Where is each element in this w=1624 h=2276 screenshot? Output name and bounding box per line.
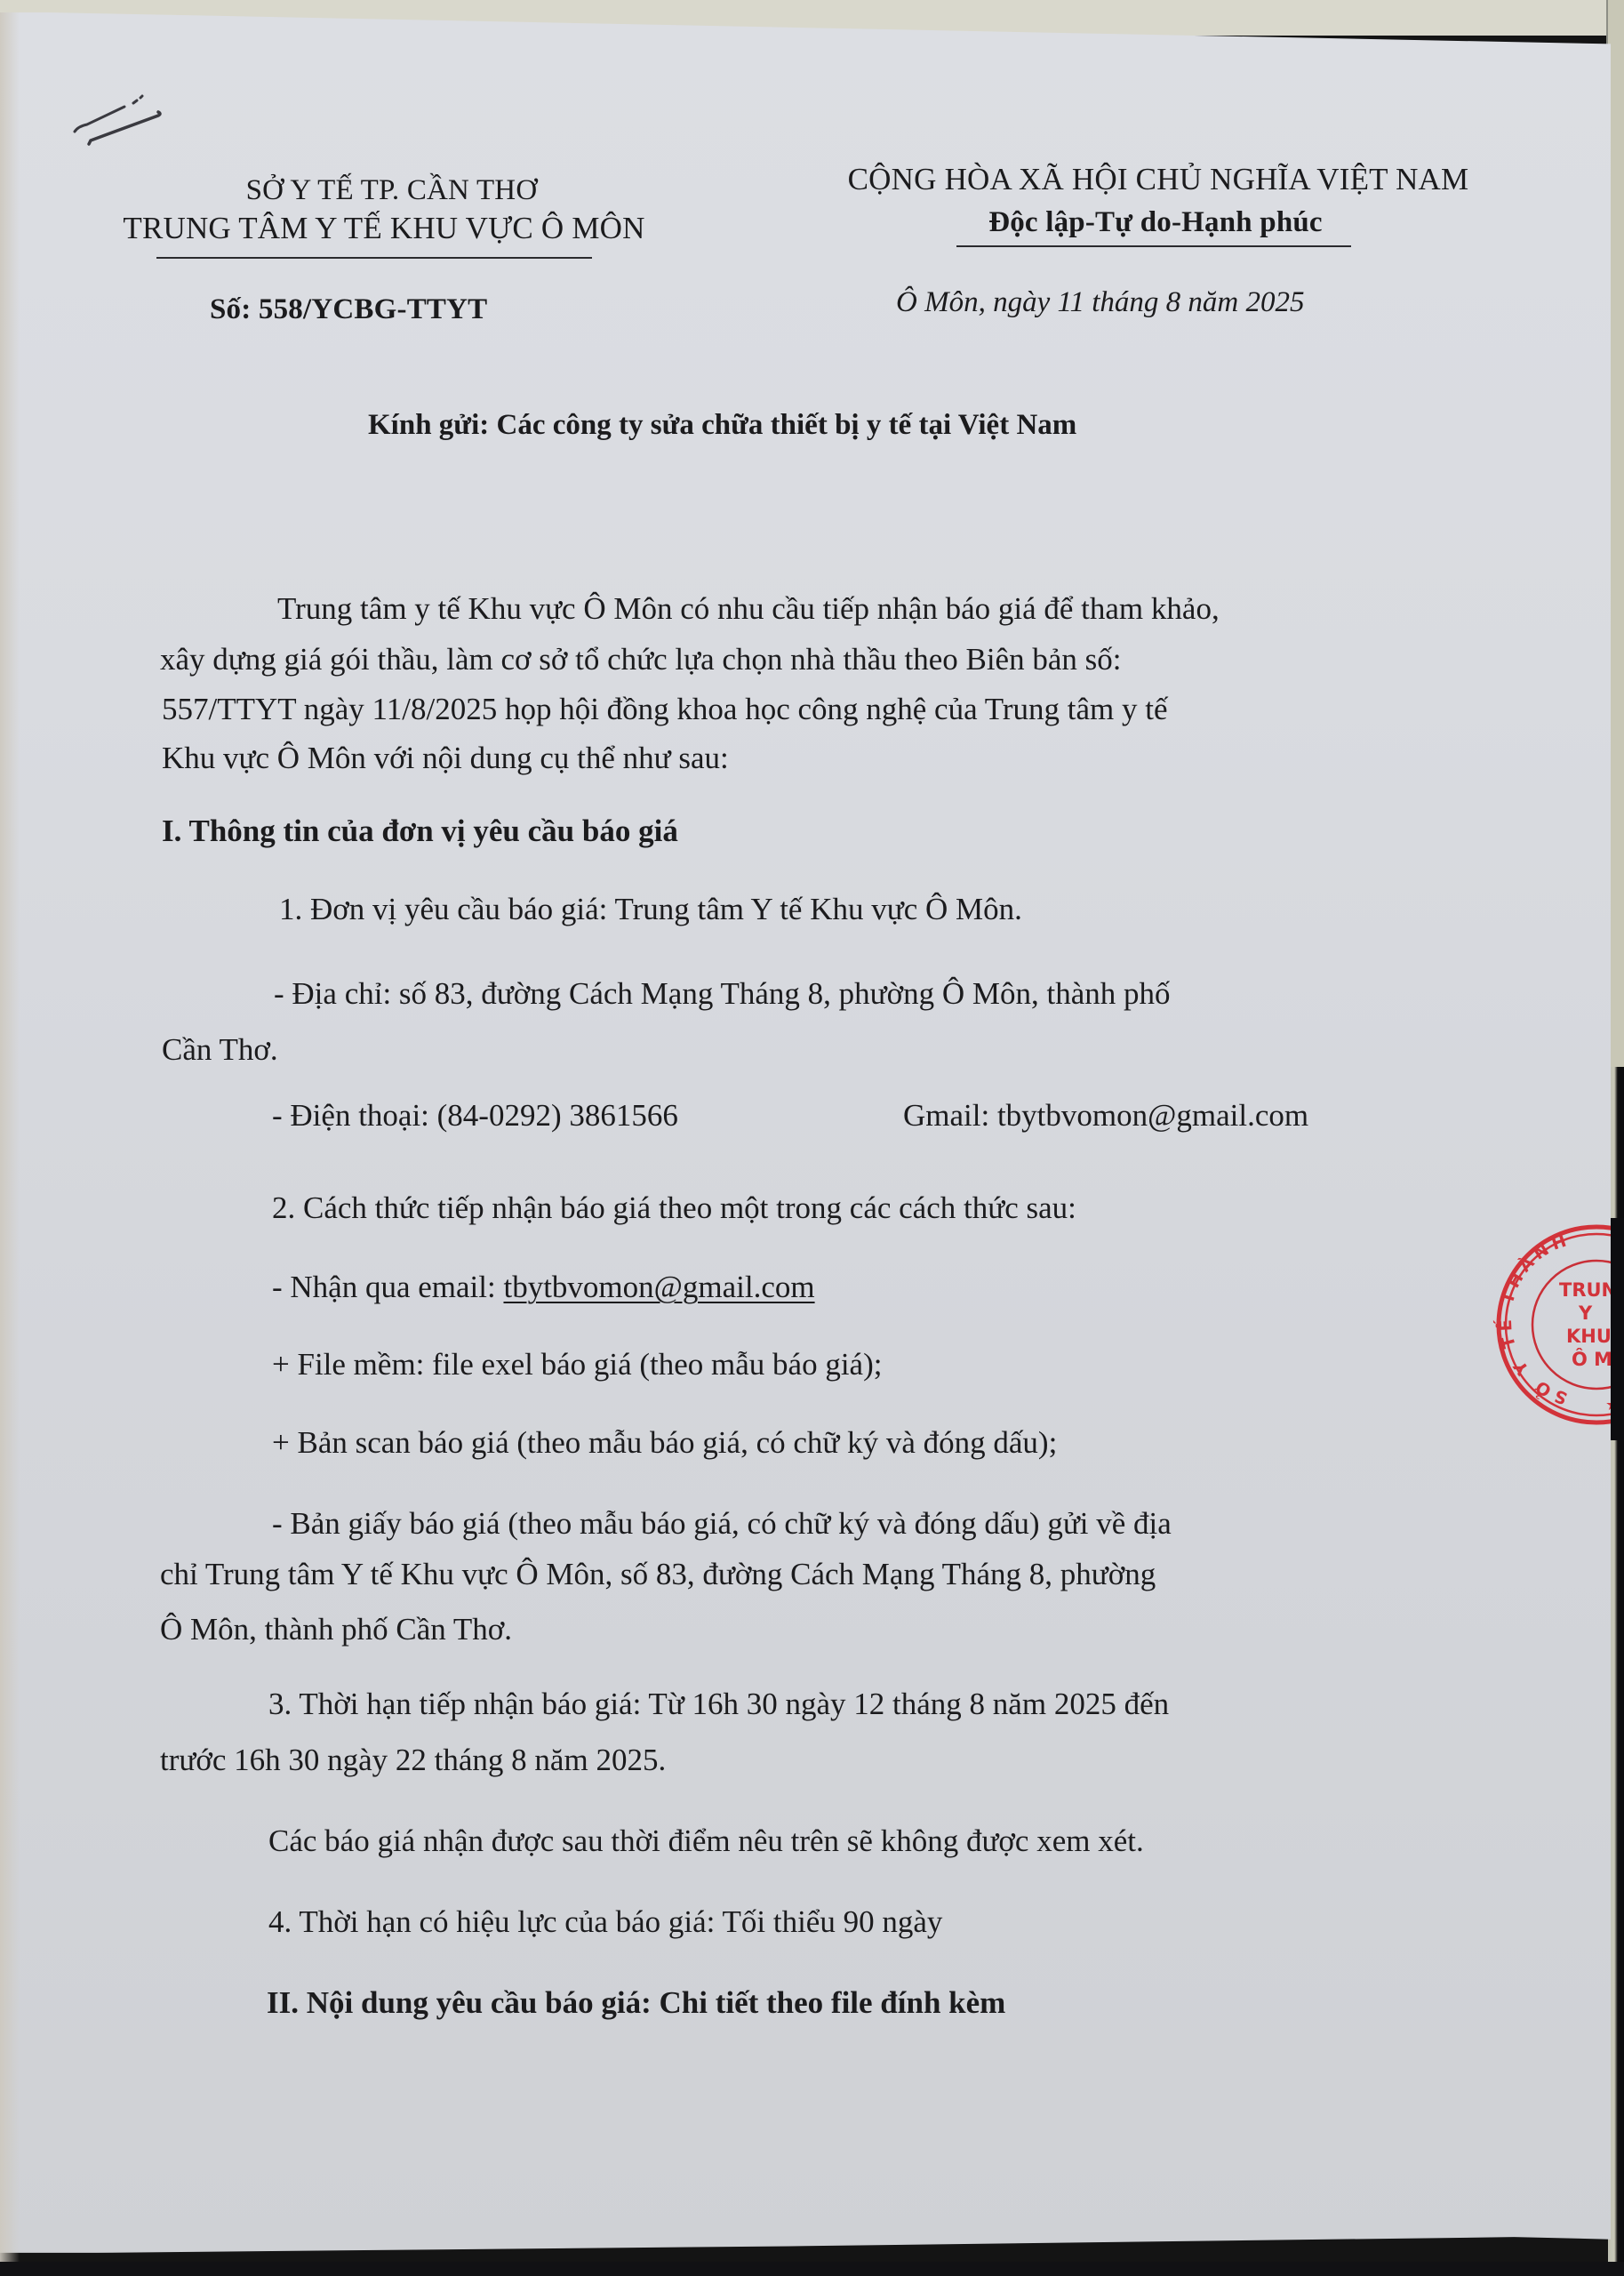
email-method-label: - Nhận qua email: (272, 1270, 503, 1304)
agency-name: SỞ Y TẾ TP. CẦN THƠ (212, 174, 572, 207)
intro-line-3: 557/TTYT ngày 11/8/2025 họp hội đồng kho… (162, 693, 1168, 725)
submission-methods: 2. Cách thức tiếp nhận báo giá theo một … (272, 1192, 1076, 1223)
deadline-line-2: trước 16h 30 ngày 22 tháng 8 năm 2025. (160, 1744, 666, 1775)
seal-line-1: TRUN (1559, 1279, 1617, 1301)
validity-period: 4. Thời hạn có hiệu lực của báo giá: Tối… (268, 1906, 942, 1937)
background-desk (0, 2262, 1624, 2276)
intro-line-1: Trung tâm y tế Khu vực Ô Môn có nhu cầu … (277, 593, 1220, 624)
motto-underline (956, 245, 1351, 247)
seal-line-2: Y (1578, 1302, 1593, 1324)
page-fold-shadow (0, 12, 20, 2262)
seal-line-4: Ô M (1572, 1348, 1612, 1370)
official-seal-icon: SỞ Y TẾ THÀNH TRUN Y KHU Ô M ★ (1490, 1222, 1624, 1428)
section-1-heading: I. Thông tin của đơn vị yêu cầu báo giá (162, 815, 678, 846)
requesting-unit: 1. Đơn vị yêu cầu báo giá: Trung tâm Y t… (279, 894, 1022, 925)
scan-method: + Bản scan báo giá (theo mẫu báo giá, có… (272, 1427, 1057, 1458)
place-and-date: Ô Môn, ngày 11 tháng 8 năm 2025 (896, 286, 1305, 319)
soft-file-method: + File mềm: file exel báo giá (theo mẫu … (272, 1349, 882, 1380)
email-link[interactable]: tbytbvomon@gmail.com (503, 1270, 814, 1304)
organization-underline (156, 257, 592, 259)
paper-method-line-1: - Bản giấy báo giá (theo mẫu báo giá, có… (272, 1508, 1172, 1539)
address-line-1: - Địa chỉ: số 83, đường Cách Mạng Tháng … (274, 978, 1171, 1009)
intro-line-2: xây dựng giá gói thầu, làm cơ sở tổ chức… (160, 644, 1121, 675)
national-motto: Độc lập-Tự do-Hạnh phúc (956, 206, 1356, 239)
recipient-line: Kính gửi: Các công ty sửa chữa thiết bị … (368, 411, 1076, 440)
seal-line-3: KHU (1566, 1326, 1612, 1347)
document-number: Số: 558/YCBG-TTYT (210, 293, 487, 326)
gmail-address: Gmail: tbytbvomon@gmail.com (903, 1100, 1308, 1131)
address-line-2: Cần Thơ. (162, 1034, 278, 1065)
email-method: - Nhận qua email: tbytbvomon@gmail.com (272, 1271, 815, 1302)
section-2-heading: II. Nội dung yêu cầu báo giá: Chi tiết t… (267, 1987, 1005, 2018)
paper-method-line-3: Ô Môn, thành phố Cần Thơ. (160, 1614, 512, 1645)
deadline-line-1: 3. Thời hạn tiếp nhận báo giá: Từ 16h 30… (268, 1688, 1169, 1719)
desk-shadow (1611, 1218, 1624, 1440)
country-name: CỘNG HÒA XÃ HỘI CHỦ NGHĨA VIỆT NAM (789, 162, 1527, 197)
organization-name: TRUNG TÂM Y TẾ KHU VỰC Ô MÔN (73, 211, 695, 246)
phone-number: - Điện thoại: (84-0292) 3861566 (272, 1100, 678, 1131)
handwritten-mark-icon (69, 87, 167, 149)
late-submission-note: Các báo giá nhận được sau thời điểm nêu … (268, 1825, 1144, 1856)
intro-line-4: Khu vực Ô Môn với nội dung cụ thể như sa… (162, 742, 729, 773)
paper-method-line-2: chỉ Trung tâm Y tế Khu vực Ô Môn, số 83,… (160, 1559, 1156, 1590)
